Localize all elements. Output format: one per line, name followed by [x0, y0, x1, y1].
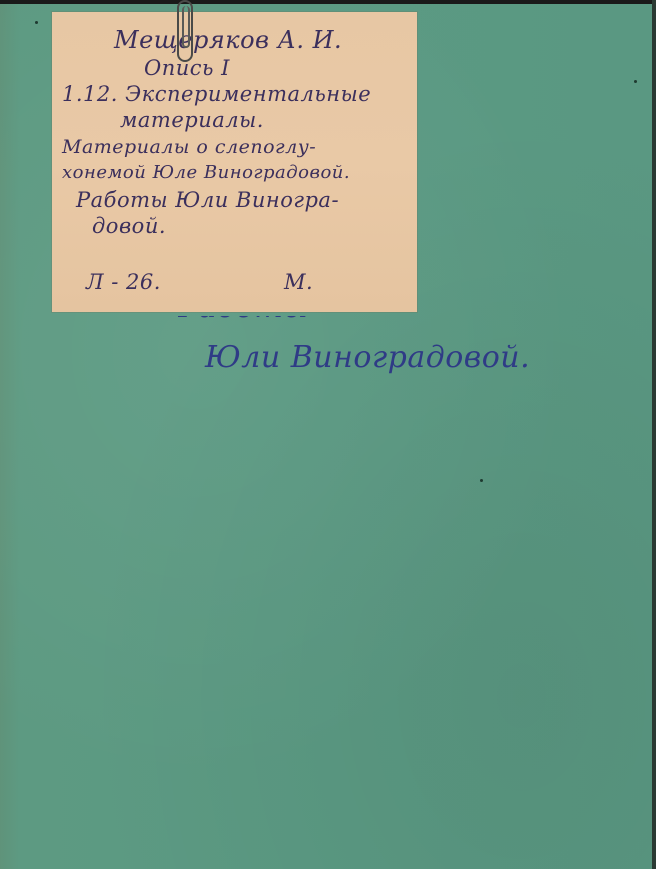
archive-label-card: Мещеряков А. И. Опись I 1.12. Эксперимен…: [52, 12, 417, 312]
paper-speck: [35, 21, 38, 24]
cover-handwriting-name: Юли Виноградовой.: [205, 340, 530, 375]
paper-speck: [634, 80, 637, 83]
description-line-2: хонемой Юле Виноградовой.: [62, 162, 350, 183]
description-line-3: Работы Юли Виногра-: [76, 188, 339, 212]
mark-letter: М.: [284, 270, 313, 294]
sheet-count: Л - 26.: [86, 270, 161, 294]
scan-edge: [652, 0, 656, 869]
paper-speck: [480, 479, 483, 482]
item-number-line: 1.12. Экспериментальные: [62, 82, 371, 106]
paperclip-inner-loop: [182, 6, 190, 48]
title-line: материалы.: [120, 108, 264, 132]
author-line: Мещеряков А. И.: [114, 26, 342, 54]
description-line-4: довой.: [92, 214, 166, 238]
description-line-1: Материалы о слепоглу-: [62, 136, 316, 158]
